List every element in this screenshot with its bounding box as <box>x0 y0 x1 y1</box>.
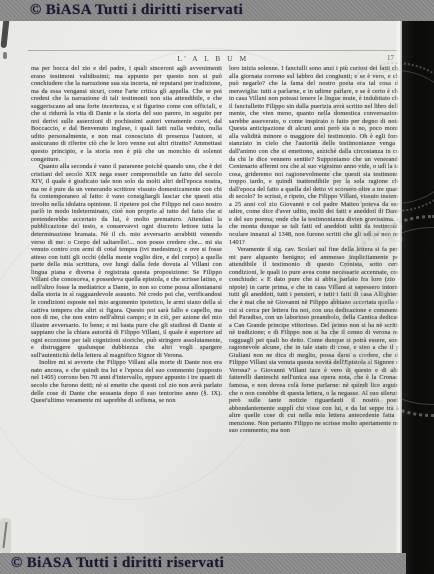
dark-scan-edge <box>402 18 434 574</box>
paragraph: Quanto alla seconda è vano il pararsene … <box>31 163 222 359</box>
header-rule <box>28 50 398 51</box>
paragraph: Veramente il sig. cav. Scolari sul fine … <box>229 246 401 435</box>
text-column-right: loro inizia solenne. I fanciulli sono an… <box>229 65 401 435</box>
scanned-document-view: L' A L B U M 17 ma per bocca del zio e d… <box>0 0 434 574</box>
bottom-watermark-band: © BiASA Tutti i diritti riservati <box>0 553 406 574</box>
paragraph: loro inizia solenne. I fanciulli sono an… <box>229 65 401 246</box>
copyright-watermark-top: © BiASA Tutti i diritti riservati <box>30 2 243 19</box>
paper-tear-dot <box>3 52 7 59</box>
paper-tear-mark-bottom <box>0 518 11 554</box>
journal-title: L' A L B U M <box>28 54 398 63</box>
text-column-left: ma per bocca del zio e del padre, i qual… <box>31 65 222 405</box>
page-number: 17 <box>387 54 394 62</box>
top-watermark-band: © BiASA Tutti i diritti riservati <box>0 0 434 21</box>
scan-page: L' A L B U M 17 ma per bocca del zio e d… <box>0 18 404 574</box>
copyright-watermark-bottom: © BiASA Tutti i diritti riservati <box>11 555 224 572</box>
paper-tear-mark-top <box>0 18 9 48</box>
paragraph: ma per bocca del zio e del padre, i qual… <box>31 65 222 163</box>
paragraph: Inoltre mi si avverte che Filippo Villan… <box>31 359 222 404</box>
